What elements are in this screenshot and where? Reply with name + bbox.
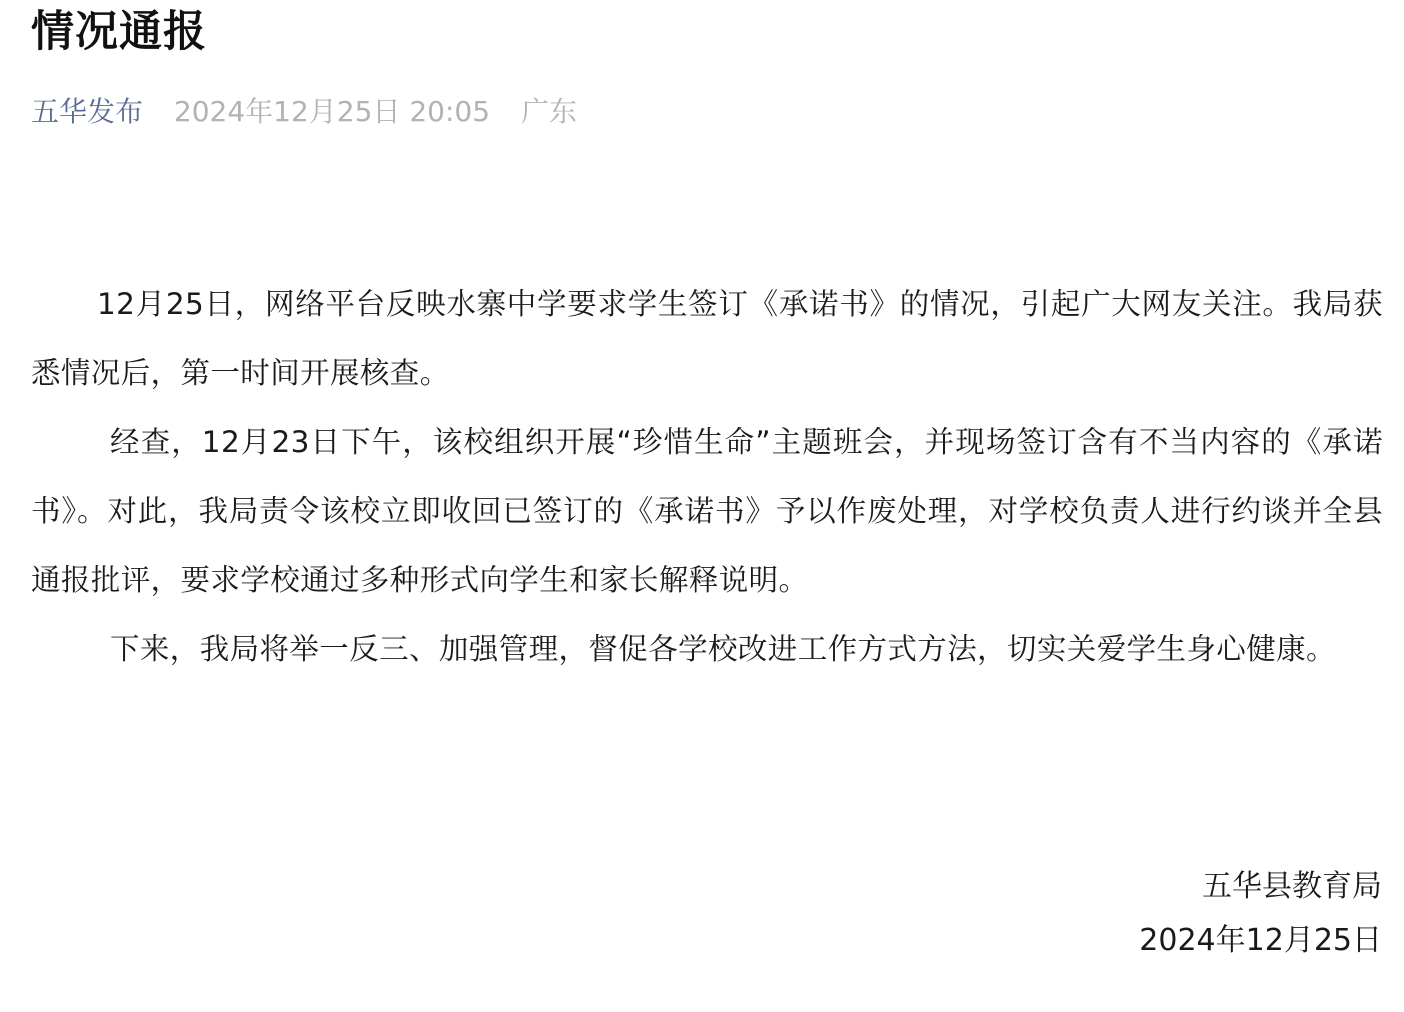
paragraph-3: 下来，我局将举一反三、加强管理，督促各学校改进工作方式方法，切实关爱学生身心健康… [31, 615, 1383, 684]
publish-location: 广东 [521, 95, 577, 128]
signature-block: 五华县教育局 2024年12月25日 [1139, 860, 1382, 968]
signature-date: 2024年12月25日 [1139, 914, 1382, 968]
article-meta: 五华发布 2024年12月25日 20:05 广东 [31, 92, 577, 132]
article-title: 情况通报 [31, 2, 207, 62]
author-link[interactable]: 五华发布 [31, 95, 143, 128]
paragraph-2: 经查，12月23日下午，该校组织开展“珍惜生命”主题班会，并现场签订含有不当内容… [31, 408, 1383, 615]
publish-time: 2024年12月25日 20:05 [174, 95, 490, 128]
signature-organization: 五华县教育局 [1139, 860, 1382, 914]
article-body: 12月25日，网络平台反映水寨中学要求学生签订《承诺书》的情况，引起广大网友关注… [31, 270, 1383, 684]
paragraph-1: 12月25日，网络平台反映水寨中学要求学生签订《承诺书》的情况，引起广大网友关注… [31, 270, 1383, 408]
